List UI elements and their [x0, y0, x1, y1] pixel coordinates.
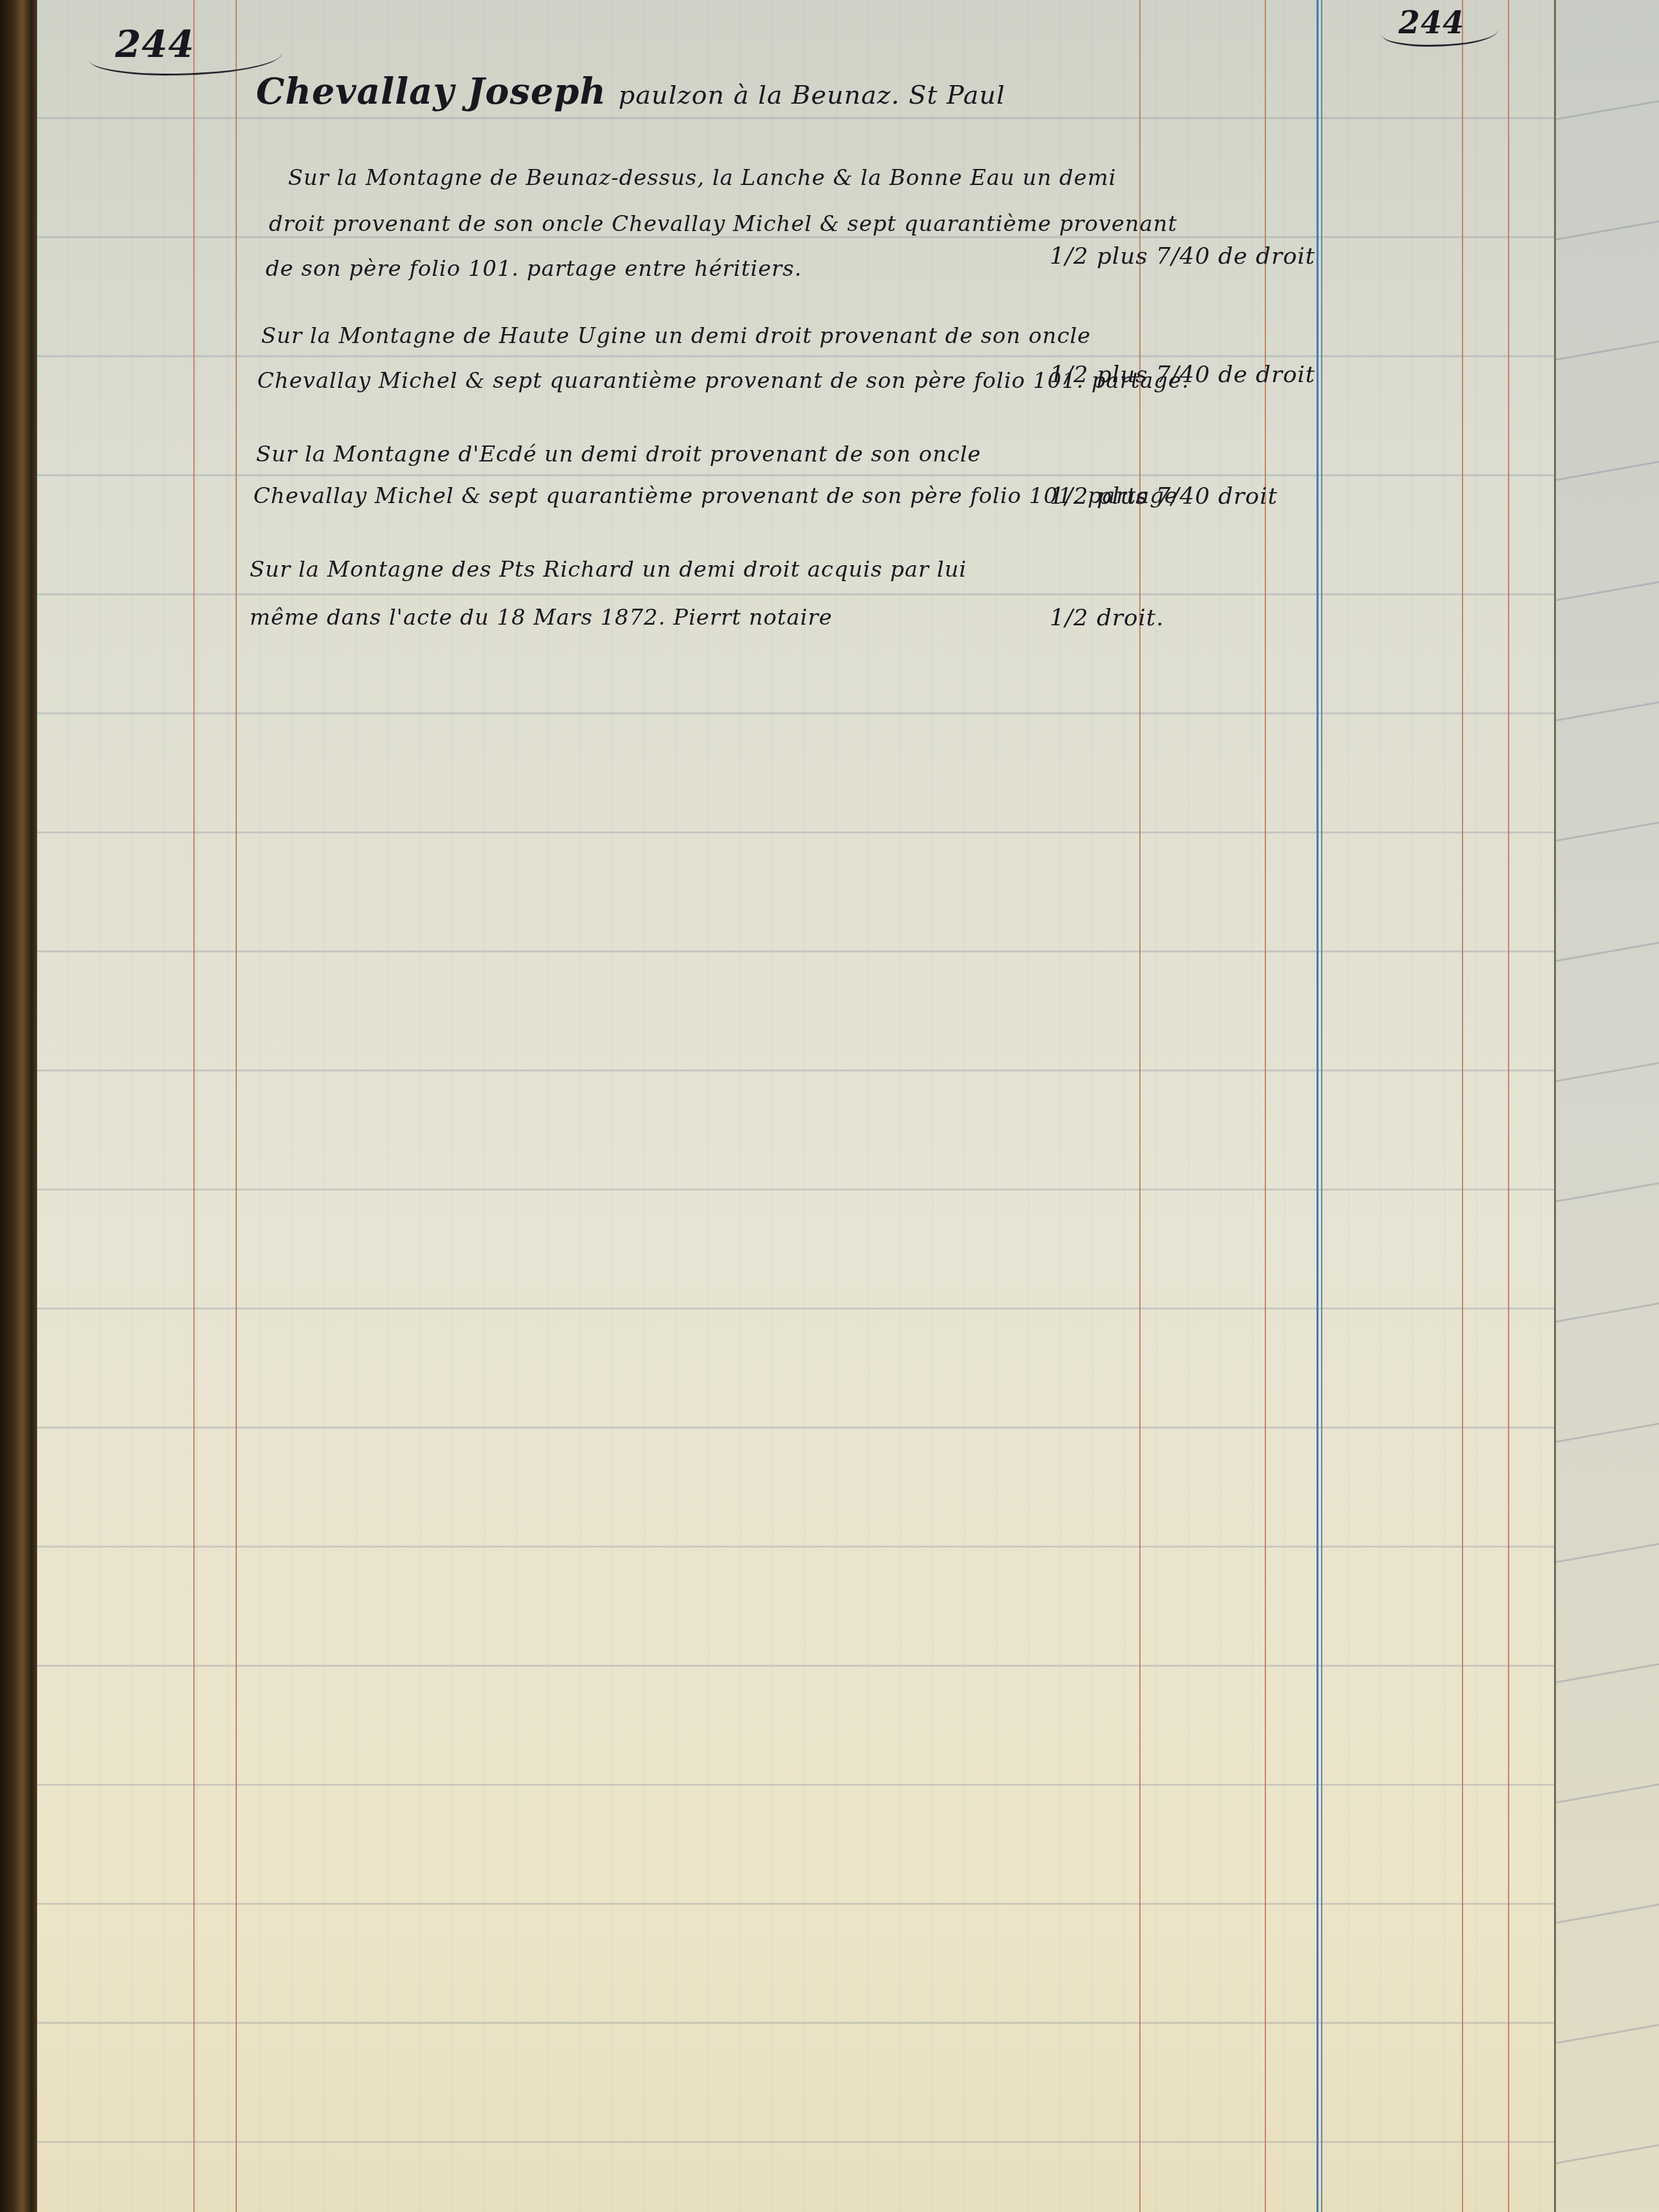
owner-residence: paulzon à la Beunaz. St Paul — [618, 81, 1005, 110]
margin-rule-left-2 — [236, 0, 237, 2212]
entry-1-share: 1/2 plus 7/40 de droit — [1050, 243, 1315, 269]
column-rule-blue-1 — [1317, 0, 1318, 2212]
entry-1-line-3: de son père folio 101. partage entre hér… — [266, 256, 802, 282]
adjacent-page-edge — [1554, 0, 1659, 2212]
entry-2-share: 1/2 plus 7/40 de droit — [1050, 362, 1315, 388]
entry-2-line-1: Sur la Montagne de Haute Ugine un demi d… — [261, 323, 1091, 349]
column-rule-amount-2 — [1265, 0, 1266, 2212]
entry-4-line-2: même dans l'acte du 18 Mars 1872. Pierrt… — [250, 605, 833, 630]
entry-3-line-1: Sur la Montagne d'Ecdé un demi droit pro… — [256, 442, 981, 467]
entry-1-line-2: droit provenant de son oncle Chevallay M… — [269, 211, 1177, 237]
owner-name: Chevallay Joseph — [256, 70, 606, 113]
entry-4-line-1: Sur la Montagne des Pts Richard un demi … — [250, 557, 966, 582]
owner-heading: Chevallay Joseph paulzon à la Beunaz. St… — [256, 70, 1006, 113]
margin-rule-left-1 — [193, 0, 195, 2212]
entry-1-line-1: Sur la Montagne de Beunaz-dessus, la Lan… — [288, 165, 1116, 191]
entry-3-share: 1/2 plus 7/40 droit — [1050, 483, 1278, 509]
column-rule-blue-2 — [1321, 0, 1322, 2212]
entry-3-line-2: Chevallay Michel & sept quarantième prov… — [253, 483, 1178, 509]
column-rule-right-1 — [1462, 0, 1463, 2212]
book-binding — [0, 0, 37, 2212]
entry-4-share: 1/2 droit. — [1050, 605, 1164, 631]
column-rule-right-2 — [1508, 0, 1509, 2212]
column-rule-amount-1 — [1139, 0, 1141, 2212]
